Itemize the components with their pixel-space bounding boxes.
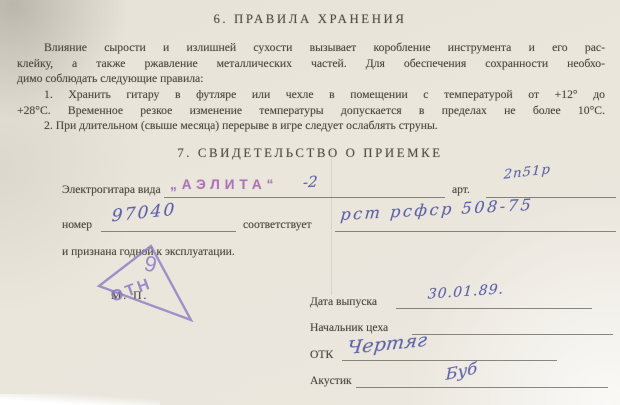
paper-fold-line: [331, 150, 332, 295]
stamp-number: 9: [142, 250, 159, 277]
otk-triangle-stamp: 9 ОТН: [85, 236, 203, 328]
paragraph-line: димо соблюдать следующие правила:: [17, 71, 605, 87]
storage-rule-1: 1. Хранить гитару в футляре или чехле в …: [17, 87, 605, 118]
release-date-label: Дата выпуска: [310, 295, 377, 308]
acoustician-label: Акустик: [310, 374, 352, 387]
paragraph-line: клейку, а также ржавление металлических …: [17, 56, 605, 72]
acoustician-field-line: [356, 387, 608, 388]
conformity-label: соответствует: [243, 218, 312, 231]
paragraph-line: +28°С. Временное резкое изменение темпер…: [17, 103, 605, 119]
guitar-type-label: Электрогитара вида: [62, 183, 161, 196]
acoustician-signature-illegible: Буб: [446, 359, 478, 384]
brand-name-stamp: „АЭЛИТА“: [170, 177, 278, 192]
otk-label: ОТК: [310, 348, 333, 361]
standard-field-line: [335, 231, 616, 232]
standard-value-handwritten: рст рсфср 508-75: [340, 195, 535, 224]
article-label: арт.: [452, 183, 470, 196]
shop-chief-label: Начальник цеха: [310, 321, 388, 334]
paragraph-line: 1. Хранить гитару в футляре или чехле в …: [17, 87, 605, 103]
model-suffix-handwritten: -2: [303, 173, 318, 192]
article-value-handwritten: 2п51р: [503, 162, 551, 183]
release-date-field-line: [396, 308, 592, 309]
paragraph-line: Влияние сырости и излишней сухости вызыв…: [17, 40, 605, 56]
release-date-handwritten: 30.01.89.: [427, 281, 504, 302]
stamp-text: ОТН: [109, 275, 155, 306]
shop-chief-field-line: [412, 334, 613, 335]
paragraph-line: 2. При длительном (свыше месяца) перерыв…: [17, 118, 605, 134]
storage-rules-title: 6. ПРАВИЛА ХРАНЕНИЯ: [0, 12, 620, 27]
serial-number-handwritten: 97040: [111, 200, 176, 227]
scanned-guitar-passport-page: 6. ПРАВИЛА ХРАНЕНИЯ Влияние сырости и из…: [0, 0, 620, 405]
guitar-type-field-line: [164, 197, 445, 198]
photo-background-edge: [0, 394, 160, 405]
storage-rule-2: 2. При длительном (свыше месяца) перерыв…: [17, 118, 605, 134]
acceptance-title: 7. СВИДЕТЕЛЬСТВО О ПРИЕМКЕ: [0, 146, 620, 161]
serial-number-field-line: [101, 231, 236, 232]
storage-intro-paragraph: Влияние сырости и излишней сухости вызыв…: [17, 40, 605, 87]
otk-field-line: [342, 360, 557, 361]
serial-number-label: номер: [62, 218, 92, 231]
